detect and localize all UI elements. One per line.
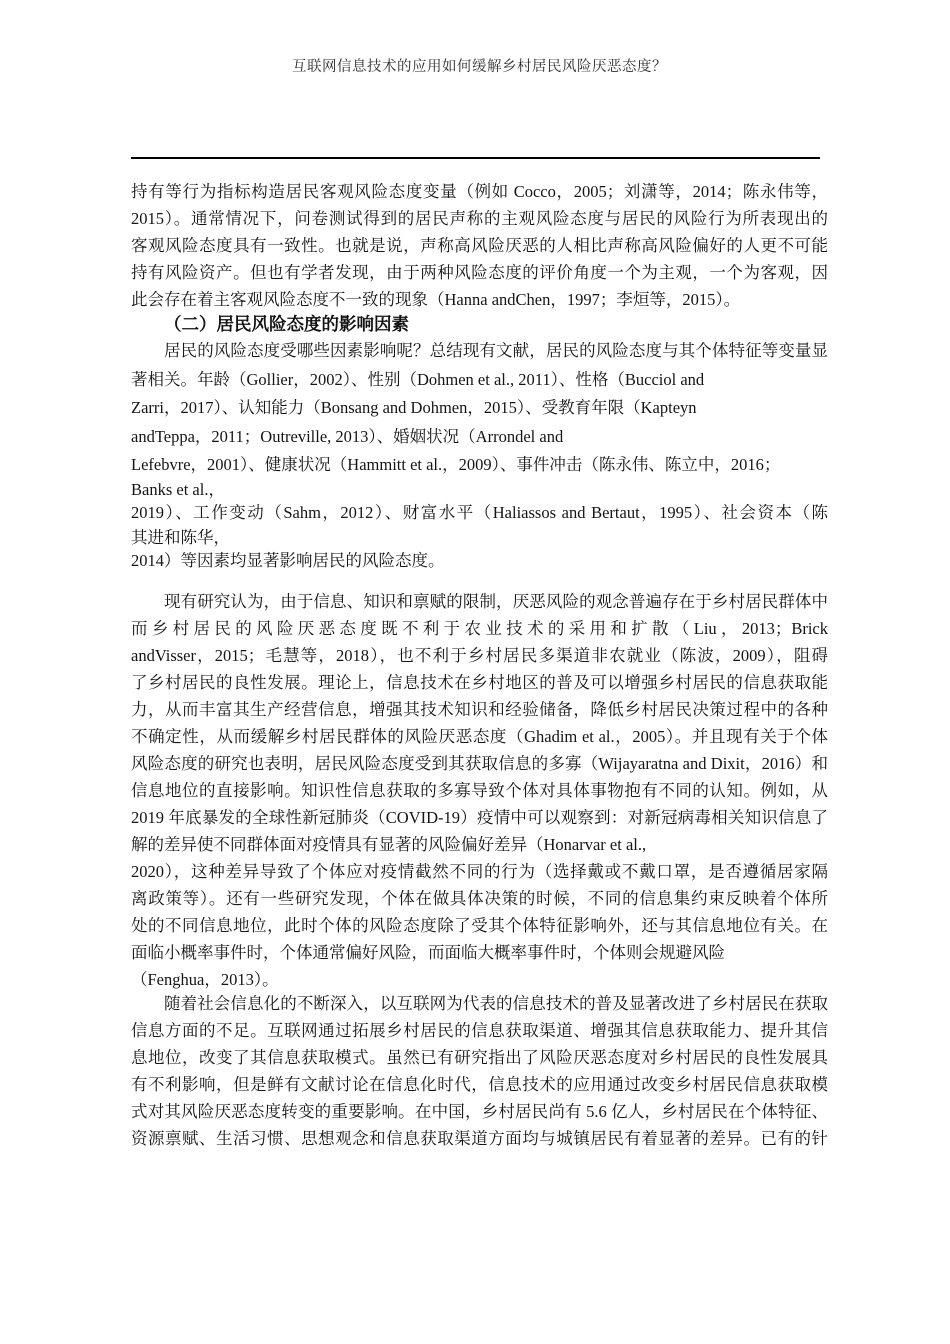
text-line: 面临小概率事件时，个体通常偏好风险，而面临大概率事件时，个体则会规避风险 <box>131 939 828 966</box>
paragraph-3: 现有研究认为，由于信息、知识和禀赋的限制，厌恶风险的观念普遍存在于乡村居民群体中… <box>131 588 828 993</box>
text-line: Banks et al.， <box>131 480 828 500</box>
text-line: 信息地位的直接影响。知识性信息获取的多寡导致个体对具体事物抱有不同的认知。例如，… <box>131 777 828 804</box>
text-line: 此会存在着主客观风险态度不一致的现象（Hanna andChen，1997；李烜… <box>131 286 828 313</box>
text-line: Zarri，2017）、认知能力（Bonsang and Dohmen，2015… <box>131 394 828 423</box>
text-line: andTeppa，2011；Outreville, 2013）、婚姻状况（Arr… <box>131 423 828 452</box>
text-line: 其进和陈华， <box>131 528 828 548</box>
paragraph-2: 居民的风险态度受哪些因素影响呢？总结现有文献，居民的风险态度与其个体特征等变量显… <box>131 337 828 576</box>
text-line: 而乡村居民的风险厌恶态度既不利于农业技术的采用和扩散（Liu，2013；Bric… <box>131 615 828 642</box>
paragraph-4: 随着社会信息化的不断深入，以互联网为代表的信息技术的普及显著改进了乡村居民在获取… <box>131 990 828 1152</box>
text-line: 息地位，改变了其信息获取模式。虽然已有研究指出了风险厌恶态度对乡村居民的良性发展… <box>131 1044 828 1071</box>
text-line: 居民的风险态度受哪些因素影响呢？总结现有文献，居民的风险态度与其个体特征等变量显 <box>131 337 828 366</box>
text-line: 力，从而丰富其生产经营信息，增强其技术知识和经验储备，降低乡村居民决策过程中的各… <box>131 696 828 723</box>
text-line: 不确定性，从而缓解乡村居民群体的风险厌恶态度（Ghadim et al.，200… <box>131 723 828 750</box>
text-line: 信息方面的不足。互联网通过拓展乡村居民的信息获取渠道、增强其信息获取能力、提升其… <box>131 1017 828 1044</box>
text-line: （Fenghua，2013）。 <box>131 966 828 993</box>
text-line: 2019）、工作变动（Sahm，2012）、财富水平（Haliassos and… <box>131 499 828 528</box>
page-header-title: 互联网信息技术的应用如何缓解乡村居民风险厌恶态度？ <box>131 59 828 76</box>
text-line: 著相关。年龄（Gollier，2002）、性别（Dohmen et al., 2… <box>131 366 828 395</box>
text-line: 处的不同信息地位，此时个体的风险态度除了受其个体特征影响外，还与其信息地位有关。… <box>131 912 828 939</box>
text-line: 风险态度的研究也表明，居民风险态度受到其获取信息的多寡（Wijayaratna … <box>131 750 828 777</box>
section-heading: （二）居民风险态度的影响因素 <box>131 311 828 338</box>
text-line: 离政策等）。还有一些研究发现，个体在做具体决策的时候，不同的信息集约束反映着个体… <box>131 885 828 912</box>
text-line: andVisser，2015；毛慧等，2018），也不利于乡村居民多渠道非农就业… <box>131 642 828 669</box>
text-line: 随着社会信息化的不断深入，以互联网为代表的信息技术的普及显著改进了乡村居民在获取 <box>131 990 828 1017</box>
text-line: 持有等行为指标构造居民客观风险态度变量（例如 Cocco，2005；刘潇等，20… <box>131 178 828 205</box>
text-line: 现有研究认为，由于信息、知识和禀赋的限制，厌恶风险的观念普遍存在于乡村居民群体中 <box>131 588 828 615</box>
text-line: 有不利影响，但是鲜有文献讨论在信息化时代，信息技术的应用通过改变乡村居民信息获取… <box>131 1071 828 1098</box>
text-line: 2019 年底暴发的全球性新冠肺炎（COVID-19）疫情中可以观察到：对新冠病… <box>131 804 828 831</box>
text-line: 解的差异使不同群体面对疫情具有显著的风险偏好差异（Honarvar et al.… <box>131 831 828 858</box>
text-line: Lefebvre，2001）、健康状况（Hammitt et al.，2009）… <box>131 451 828 480</box>
text-line: 资源禀赋、生活习惯、思想观念和信息获取渠道方面均与城镇居民有着显著的差异。已有的… <box>131 1125 828 1152</box>
text-line: 2014）等因素均显著影响居民的风险态度。 <box>131 547 828 576</box>
text-line: 2015）。通常情况下，问卷测试得到的居民声称的主观风险态度与居民的风险行为所表… <box>131 205 828 232</box>
header-rule <box>131 157 820 159</box>
text-line: 式对其风险厌恶态度转变的重要影响。在中国，乡村居民尚有 5.6 亿人，乡村居民在… <box>131 1098 828 1125</box>
text-line: 持有风险资产。但也有学者发现，由于两种风险态度的评价角度一个为主观，一个为客观，… <box>131 259 828 286</box>
text-line: 客观风险态度具有一致性。也就是说，声称高风险厌恶的人相比声称高风险偏好的人更不可… <box>131 232 828 259</box>
document-page: 互联网信息技术的应用如何缓解乡村居民风险厌恶态度？ 持有等行为指标构造居民客观风… <box>0 0 950 1344</box>
text-line: 了乡村居民的良性发展。理论上，信息技术在乡村地区的普及可以增强乡村居民的信息获取… <box>131 669 828 696</box>
text-line: 2020），这种差异导致了个体应对疫情截然不同的行为（选择戴或不戴口罩，是否遵循… <box>131 858 828 885</box>
paragraph-1: 持有等行为指标构造居民客观风险态度变量（例如 Cocco，2005；刘潇等，20… <box>131 178 828 313</box>
